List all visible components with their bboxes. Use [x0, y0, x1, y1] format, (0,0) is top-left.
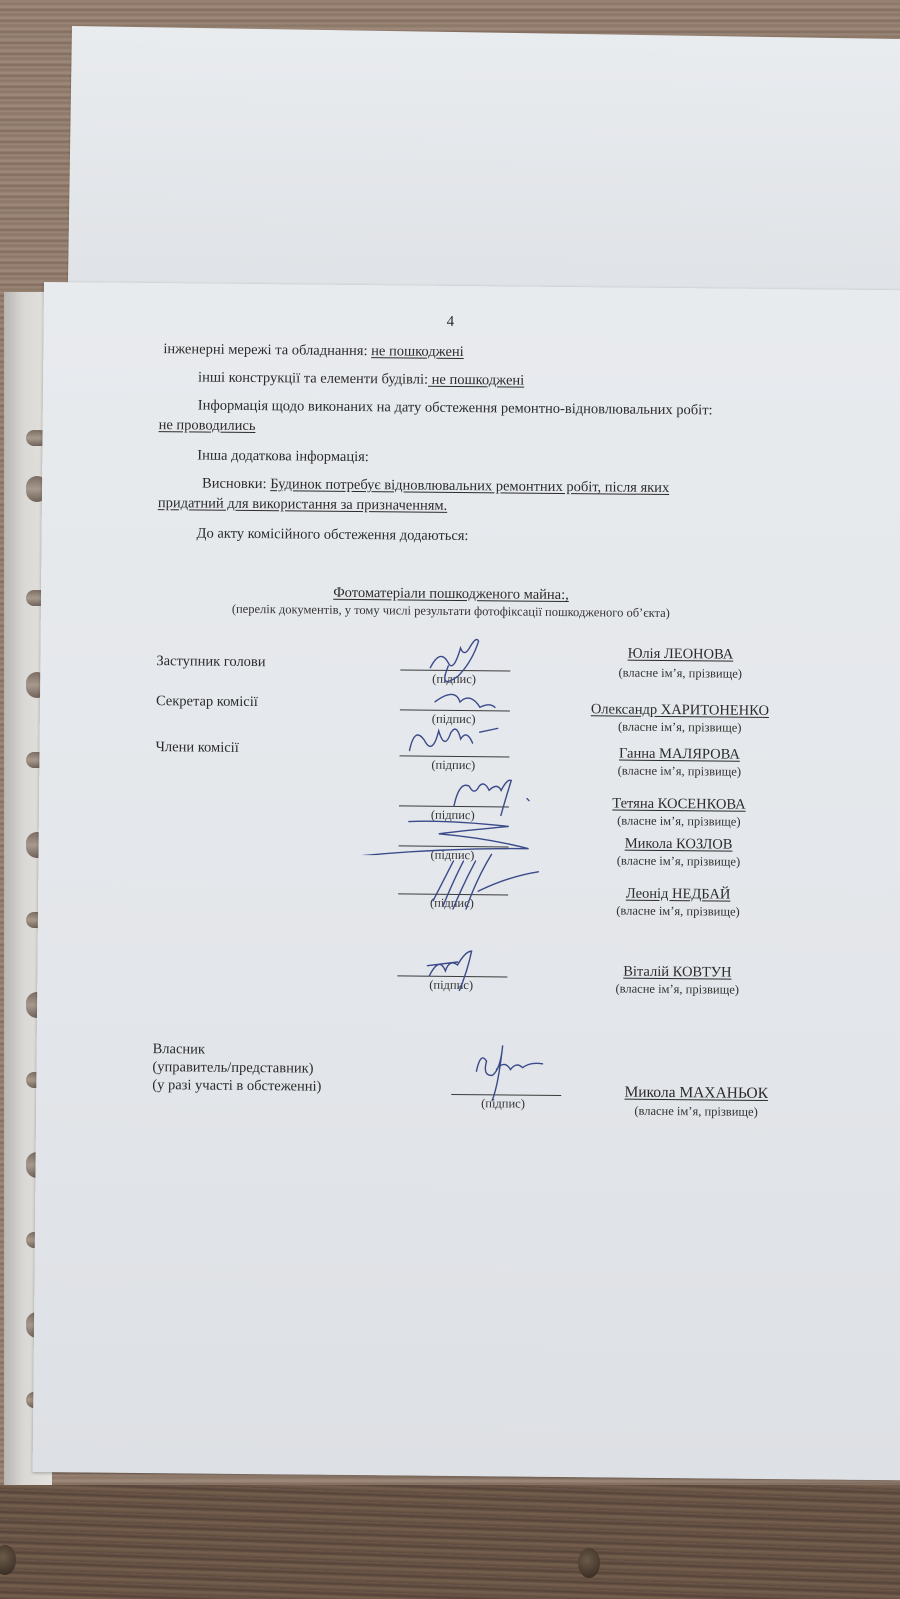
role-owner-representative: (управитель/представник) [152, 1059, 313, 1078]
table-surface [0, 1485, 900, 1599]
signatory-name: Ганна МАЛЯРОВА [579, 745, 779, 764]
signatory-name: Леонід НЕДБАЙ [578, 885, 778, 904]
name-caption: (власне ім’я, прізвище) [579, 763, 779, 780]
engineering-line: інженерні мережі та обладнання: не пошко… [163, 341, 464, 361]
page-number: 4 [447, 314, 455, 331]
signatory-name: Віталій КОВТУН [577, 963, 777, 982]
role-owner: Власник [153, 1041, 206, 1059]
additional-info: Інша додаткова інформація: [197, 447, 369, 466]
conclusions-line-2: придатний для використання за призначенн… [158, 495, 448, 515]
name-caption: (власне ім’я, прізвище) [596, 1103, 796, 1120]
rivet [578, 1548, 600, 1578]
name-caption: (власне ім’я, прізвище) [578, 853, 778, 870]
repair-info-value: не проводились [159, 417, 256, 435]
attached-label: До акту комісійного обстеження додаються… [197, 525, 469, 545]
signature-6 [418, 851, 549, 917]
signature-4 [439, 776, 539, 822]
conclusions-line: Висновки: Будинок потребує відновлювальн… [202, 476, 669, 497]
name-caption: (власне ім’я, прізвище) [577, 981, 777, 998]
role-secretary: Секретар комісії [156, 693, 258, 711]
role-owner-participation: (у разі участі в обстеженні) [152, 1077, 321, 1096]
signature-7 [417, 946, 497, 992]
signatory-name: Микола МАХАНЬОК [596, 1083, 796, 1103]
signature-2 [425, 682, 505, 713]
name-caption: (власне ім’я, прізвище) [578, 903, 778, 920]
label: інші конструкції та елементи будівлі: [198, 369, 428, 387]
value: Будинок потребує відновлювальних ремонтн… [270, 476, 669, 496]
signatory-name: Тетяна КОСЕНКОВА [579, 795, 779, 814]
other-structures-line: інші конструкції та елементи будівлі: не… [198, 369, 524, 389]
repair-info-label: Інформація щодо виконаних на дату обстеж… [198, 397, 713, 419]
value: не пошкоджені [371, 343, 464, 360]
document-page: 4 інженерні мережі та обладнання: не пош… [33, 282, 900, 1480]
signatory-name: Микола КОЗЛОВ [579, 835, 779, 854]
signature-3 [399, 725, 509, 760]
role-deputy-head: Заступник голови [156, 653, 265, 671]
attachments-caption: (перелік документів, у тому числі резуль… [211, 602, 691, 622]
signature-owner [456, 1041, 567, 1102]
name-caption: (власне ім’я, прізвище) [580, 665, 780, 682]
label: інженерні мережі та обладнання: [163, 341, 371, 359]
background-sheet [68, 26, 900, 309]
name-caption: (власне ім’я, прізвище) [579, 813, 779, 830]
value: не пошкоджені [428, 372, 524, 389]
name-caption: (власне ім’я, прізвище) [570, 719, 790, 736]
role-members: Члени комісії [155, 739, 238, 757]
signatory-name: Юлія ЛЕОНОВА [580, 645, 780, 664]
label: Висновки: [202, 476, 270, 493]
signatory-name: Олександр ХАРИТОНЕНКО [570, 701, 790, 720]
